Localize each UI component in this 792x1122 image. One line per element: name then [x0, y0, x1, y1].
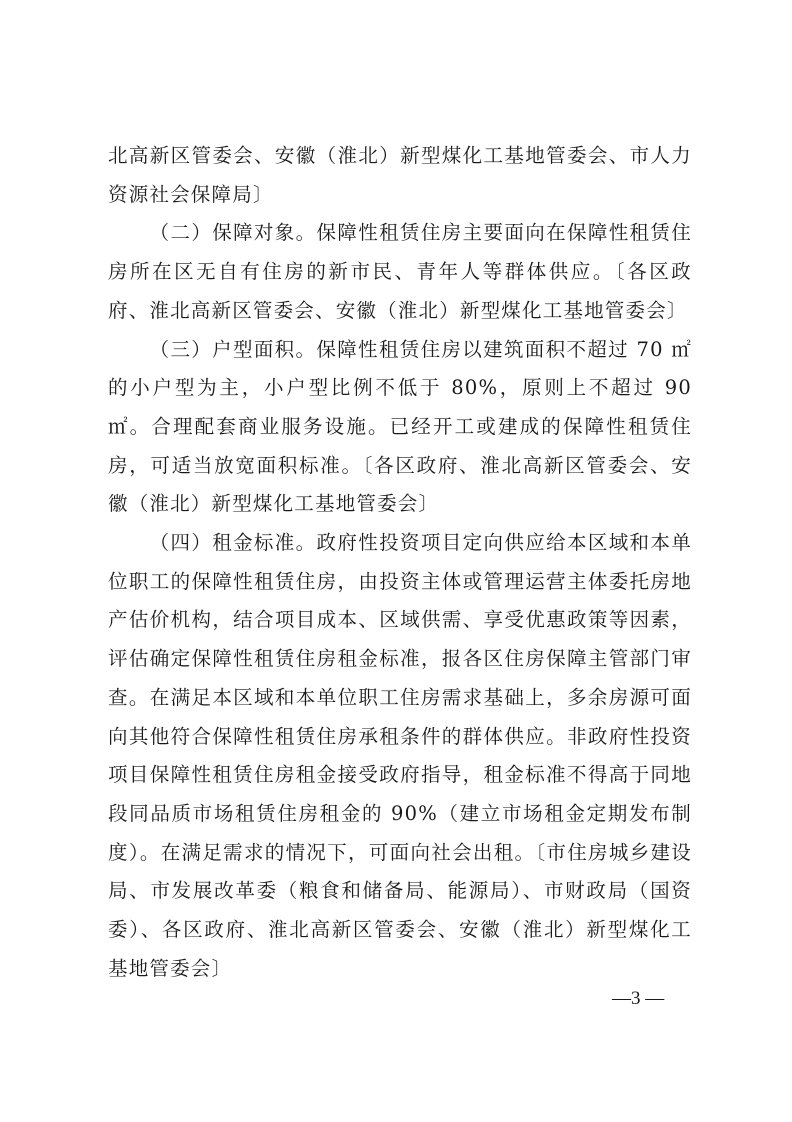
paragraph-continuation: 北高新区管委会、安徽（淮北）新型煤化工基地管委会、市人力资源社会保障局〕 — [108, 137, 692, 214]
document-page: 北高新区管委会、安徽（淮北）新型煤化工基地管委会、市人力资源社会保障局〕 （二）… — [0, 0, 792, 1122]
paragraph-rent-standard: （四）租金标准。政府性投资项目定向供应给本区域和本单位职工的保障性租赁住房，由投… — [108, 524, 692, 988]
paragraph-protection-targets: （二）保障对象。保障性租赁住房主要面向在保障性租赁住房所在区无自有住房的新市民、… — [108, 214, 692, 330]
document-body: 北高新区管委会、安徽（淮北）新型煤化工基地管委会、市人力资源社会保障局〕 （二）… — [108, 137, 692, 988]
page-number: —3 — — [612, 988, 664, 1010]
paragraph-unit-size: （三）户型面积。保障性租赁住房以建筑面积不超过 70 ㎡的小户型为主，小户型比例… — [108, 331, 692, 525]
